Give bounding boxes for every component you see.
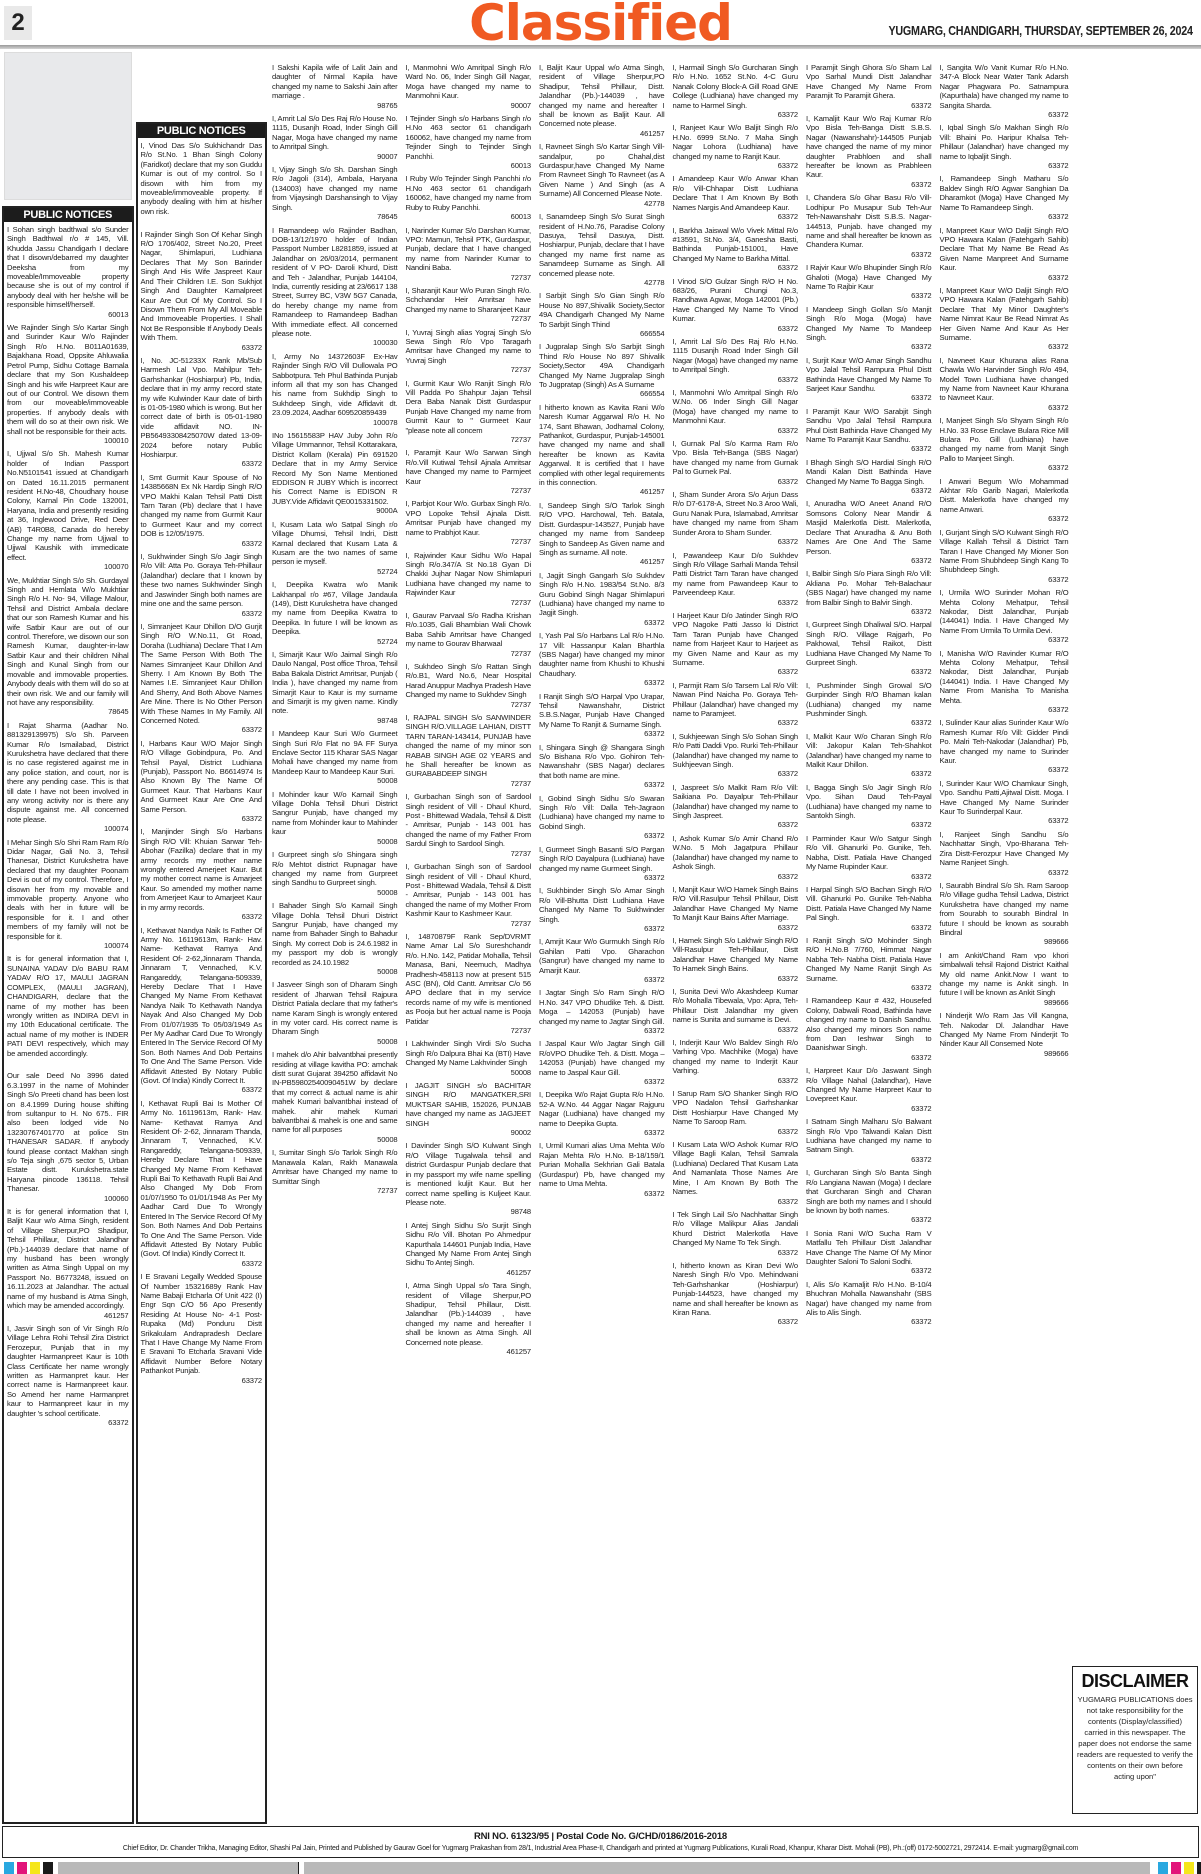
disclaimer-body: does not take responsibility for the con… [1077,1695,1193,1781]
notice-text: I, Harmail Singh S/o Gurcharan Singh R/o… [673,63,799,110]
notice-text: I, Gurmeet Singh Basanti S/O Pargan Sing… [539,845,665,873]
notice-code: 63372 [940,868,1069,877]
notice-item: I, Gurmit Kaur W/o Ranjit Singh R/o Vill… [403,379,535,445]
notice-text: I, Sulinder Kaur alias Surinder Kaur W/o… [940,718,1069,765]
registration-swatch [17,1862,27,1874]
notice-item: I, Army No 14372603F Ex-Hav Rajinder Sin… [269,352,401,427]
notice-text: I, Sukhbinder Singh S/o Amar Singh R/o V… [539,886,665,924]
column-5: I, Baljit Kaur Uppal w/o Atma Singh, res… [536,52,668,1824]
notice-text: I, Ashok Kumar S/o Amir Chand R/o W.No. … [673,834,799,872]
notice-code: 63372 [673,1025,799,1034]
notice-item: I Bhagh Singh S/O Hardial Singh R/O Mand… [803,458,935,496]
notice-code: 100078 [272,418,398,427]
notice-item: I, Paramjit Kaur W/o Sarwan Singh R/o.Vi… [403,448,535,495]
notice-item: It is for general information that I, SU… [4,954,132,1067]
disclaimer-publisher: YUGMARG PUBLICATIONS [1077,1695,1173,1704]
notice-text: I Parminder Kaur W/o Satgur Singh R/o Vi… [806,834,932,872]
notice-item: I, Deepika Kwatra w/o Manik Lakhanpal r/… [269,580,401,646]
notice-item: I, Manmohni W/o Amritpal Singh R/o Ward … [403,63,535,110]
notice-code: 461257 [406,1268,532,1277]
notice-text: I Jaspal Kaur W/o Jagtar Singh Gill R/oV… [539,1039,665,1077]
notice-text: I, Ravneet Singh S/o Kartar Singh Vill-s… [539,142,665,198]
notice-text: I Ninderjit W/o Ram Jas Vill Kangna, Teh… [940,1011,1069,1049]
notice-text: I Satnam Singh Malharu S/o Balwant Singh… [806,1117,932,1155]
registration-swatch [43,1862,53,1874]
registration-swatch [30,1862,40,1874]
notice-text: I, Ranjeet Singh Sandhu S/o Nachhattar S… [940,830,1069,868]
notice-item: I Paramjit Kaur W/O Sarabjit Singh Sandh… [803,407,935,454]
notice-code: 63372 [940,635,1069,644]
notice-item: I, Bagga Singh S/o Jagir Singh R/o Vpo. … [803,783,935,830]
notice-text: I, Manjeet Singh S/o Shyam Singh R/o H.N… [940,416,1069,463]
registration-swatch [1197,1862,1201,1874]
notice-item: I, Sukhwinder Singh S/o Jagir Singh R/o … [138,552,266,618]
notice-item: I, Saurabh Bindral S/o Sh. Ram Saroop R/… [937,881,1072,947]
notice-item: I am Ankit/Chand Ram vpo khori simbalwal… [937,951,1072,1007]
column-8: I, Sangita W/o Vanit Kumar R/o H.No. 347… [937,52,1072,1664]
notice-item: I, Pushminder Singh Growal S/O Gurpinder… [803,681,935,728]
notice-text: I Gurpreet singh s/o Shingara singh R/o … [272,850,398,888]
notice-text: I Paramjit Singh Ghora S/o Sham Lal Vpo … [806,63,932,101]
notice-item: I Sonia Rani W/O Sucha Ram V Matfallu Te… [803,1229,935,1276]
notice-code: 63372 [673,820,799,829]
notice-code: 63372 [673,477,799,486]
notice-text: I, Amrjit Kaur W/o Gurmukh Singh R/o Gah… [539,937,665,975]
notice-code: 63372 [141,1085,263,1094]
notice-text: I, Urmil Kumari alias Uma Mehta W/o Raja… [539,1141,665,1188]
notice-code: 63372 [141,539,263,548]
notice-text: I Davinder Singh S/O Kulwant Singh R/O V… [406,1141,532,1207]
notice-text: I JAGJIT SINGH s/o BACHITAR SINGH R/O MA… [406,1081,532,1128]
notice-item: I, Gurnak Pal S/o Karma Ram R/o Vpo. Bis… [670,439,802,486]
notice-code: 63372 [806,486,932,495]
notice-item: I Mohinder kaur W/o Karnail Singh Villag… [269,790,401,846]
notice-code: 989666 [940,998,1069,1007]
notice-item: I Mehar Singh S/o Shri Ram Ram R/o Didar… [4,838,132,951]
notice-item: I, Smt Gurmit Kaur Spouse of No 14385668… [138,473,266,548]
notice-item: I, Manjeet Singh S/o Shyam Singh R/o H.N… [937,416,1072,472]
notice-item: I, Gurcharan Singh S/o Banta Singh R/o L… [803,1168,935,1224]
notice-code: 72737 [406,598,532,607]
notice-text: I, Army No 14372603F Ex-Hav Rajinder Sin… [272,352,398,418]
classified-columns: PUBLIC NOTICESI Sohan singh badthwal s/o… [0,52,1201,1824]
notice-code: 63372 [940,816,1069,825]
notice-code: 72737 [406,1026,532,1035]
notice-text: I, Sharanjit Kaur W/o Puran Singh R/o. S… [406,286,532,314]
notice-item: I Sohan singh badthwal s/o Sunder Singh … [4,225,132,319]
notice-text: I, Kethavat Nandya Naik Is Father Of Arm… [141,926,263,1086]
notice-item: I, Kamaljit Kaur W/o Raj Kumar R/o Vpo B… [803,114,935,189]
notice-text: I, Yuvraj Singh alias Yograj Singh S/o S… [406,328,532,366]
notice-text: I, Kethavat Rupli Bai Is Mother Of Army … [141,1099,263,1259]
notice-text: I, Manisha W/O Ravinder Kumar R/O Mehta … [940,649,1069,705]
notice-text: I, Smt Gurmit Kaur Spouse of No 14385668… [141,473,263,539]
notice-code: 63372 [806,923,932,932]
notice-text: I, Bagga Singh S/o Jagir Singh R/o Vpo. … [806,783,932,821]
registration-swatch [1171,1862,1181,1874]
notice-item: I, Sukhdeo Singh S/o Rattan Singh R/o.B1… [403,662,535,709]
notice-item: I, RAJPAL SINGH S/o SANWINDER SINGH R/O.… [403,713,535,788]
notice-text: I, Urmila W/O Surinder Mohan R/O Mehta C… [940,588,1069,635]
notice-code: 63372 [806,1053,932,1062]
notice-item: I Amandeep Kaur W/o Anwar Khan R/o Vill-… [670,174,802,221]
notice-item: I, Anuradha W/O Aneet Anand R/O Somsons … [803,499,935,565]
notice-item: I Mandeep Singh Gollan S/o Manjit Singh … [803,305,935,352]
notice-text: I, Sukhwinder Singh S/o Jagir Singh R/o … [141,552,263,608]
notice-item: I mahek d/o Ahir balvantbhai presently r… [269,1050,401,1144]
notice-item: I Sakshi Kapila wife of Lalit Jain and d… [269,63,401,110]
notice-text: I, Narinder Kumar S/o Darshan Kumar, VPO… [406,226,532,273]
notice-code: 63372 [539,729,665,738]
notice-text: I Paramjit Kaur W/O Sarabjit Singh Sandh… [806,407,932,445]
notice-item: I, Narinder Kumar S/o Darshan Kumar, VPO… [403,226,535,282]
notice-code: 78645 [272,212,398,221]
notice-text: I, Gurmit Kaur W/o Ranjit Singh R/o Vill… [406,379,532,435]
notice-code: 72737 [406,779,532,788]
notice-text: I, Manjinder Singh S/o Harbans Singh R/O… [141,827,263,912]
notice-code: 63372 [806,180,932,189]
notice-text: I, Gurbachan Singh son of Sardool Singh … [406,862,532,918]
notice-text: I, Saurabh Bindral S/o Sh. Ram Saroop R/… [940,881,1069,937]
notice-code: 72737 [406,919,532,928]
notice-item: We Rajinder Singh S/o Kartar Singh and S… [4,323,132,445]
notice-text: I, Parmjit Ram S/o Tarsem Lal R/o Vill: … [673,681,799,719]
notice-text: It is for general information that I, SU… [7,954,129,1057]
notice-code: 9000A [272,506,398,515]
dateline: YUGMARG, CHANDIGARH, THURSDAY, SEPTEMBER… [889,24,1193,38]
notice-item: I, Parmjit Ram S/o Tarsem Lal R/o Vill: … [670,681,802,728]
notice-text: I, No. JC-51233X Rank Mb/Sub Harmesh Lal… [141,356,263,459]
notice-item: I, Iqbal Singh S/o Makhan Singh R/o Vill… [937,123,1072,170]
notice-text: I, Manpreet Kaur W/O Daljit Singh R/O VP… [940,286,1069,342]
notice-text: I, Gurnak Pal S/o Karma Ram R/o Vpo. Bis… [673,439,799,477]
notice-item: I Antej Singh Sidhu S/o Surjit Singh Sid… [403,1221,535,1277]
notice-code: 461257 [539,129,665,138]
notice-item: I, Sunita Devi W/o Akashdeep Kumar R/o M… [670,987,802,1034]
notice-item: I, Ranjeet Singh Sandhu S/o Nachhattar S… [937,830,1072,877]
notice-code: 72737 [406,365,532,374]
notice-code: 63372 [539,1128,665,1137]
notice-item: I, Manjit Kaur W/O Hamek Singh Bains R/O… [670,885,802,932]
notice-text: Our sale Deed No 3996 dated 6.3.1997 in … [7,1071,129,1193]
notice-code: 60013 [7,310,129,319]
notice-text: I Harpal Singh S/O Bachan Singh R/O Vill… [806,885,932,923]
notice-text: I, Jaspreet S/o Malkit Ram R/o Vill: Sai… [673,783,799,821]
notice-text: I, Baljit Kaur Uppal w/o Atma Singh, res… [539,63,665,129]
notice-code: 63372 [806,1266,932,1275]
notice-code: 63372 [141,912,263,921]
notice-code: 461257 [406,1347,532,1356]
notice-code: 63372 [141,725,263,734]
notice-item: I, Balbir Singh S/o Piara Singh R/o Vill… [803,569,935,616]
notice-code: 63372 [806,1215,932,1224]
notice-item: I, Sumitar Singh S/o Tarlok Singh R/o Ma… [269,1148,401,1195]
notice-item: I Ramandeep Kaur # 432, Housefed Colony,… [803,996,935,1062]
notice-item: I, No. JC-51233X Rank Mb/Sub Harmesh Lal… [138,356,266,469]
notice-item: I, Harpreet Kaur D/o Jaswant Singh R/o V… [803,1066,935,1113]
notice-code: 63372 [940,463,1069,472]
notice-text: I Bhagh Singh S/O Hardial Singh R/O Mand… [806,458,932,486]
notice-code: 63372 [673,667,799,676]
notice-text: I, Inderjit Kaur W/o Baldev Singh R/o Va… [673,1038,799,1076]
notice-code: 63372 [940,765,1069,774]
notice-text: I, Sandeep Singh S/O Tarlok Singh R/O VP… [539,501,665,557]
notice-code: 63372 [806,393,932,402]
notice-item: I, Manpreet Kaur W/O Daljit Singh R/O VP… [937,226,1072,282]
notice-text: I Sohan singh badthwal s/o Sunder Singh … [7,225,129,310]
notice-code: 50008 [406,1068,532,1077]
notice-text: I Mandeep Kaur Suri W/o Gurmeet Singh Su… [272,729,398,776]
notice-item: I, Deepika W/o Rajat Gupta R/o H.No. 52-… [536,1090,668,1137]
notice-code: 42778 [539,199,665,208]
notice-code: 63372 [806,342,932,351]
notice-item: I, Jagjit Singh Gangarh S/o Sukhdev Sing… [536,571,668,627]
notice-code: 63372 [940,273,1069,282]
notice-item: I, Ramandeep Singh Matharu S/o Baldev Si… [937,174,1072,221]
notice-text: I, Malkit Kaur W/o Charan Singh R/o Vill… [806,732,932,770]
notice-code: 63372 [539,780,665,789]
notice-item: I Paramjit Singh Ghora S/o Sham Lal Vpo … [803,63,935,110]
notice-code: 63372 [539,678,665,687]
notice-code: 63372 [806,101,932,110]
notice-code: 63372 [940,161,1069,170]
notice-item: I, Ashok Kumar S/o Amir Chand R/o W.No. … [670,834,802,881]
notice-code: 78645 [7,707,129,716]
notice-text: I Rajinder Singh Son Of Kehar Singh R/O … [141,230,263,343]
notice-code: 42778 [539,278,665,287]
notice-code [7,1058,129,1067]
notice-item: I Rajat Sharma (Aadhar No. 881329139975)… [4,721,132,834]
notice-code: 98765 [272,101,398,110]
notice-code: 63372 [673,974,799,983]
notice-item: I, Malkit Kaur W/o Charan Singh R/o Vill… [803,732,935,779]
notice-text: I Harjeet Kaur D/o Jatinder Singh R/O VP… [673,611,799,667]
notice-code: 63372 [141,814,263,823]
notice-item: I, Ravneet Singh S/o Kartar Singh Vill-s… [536,142,668,208]
notice-item: I, Surinder Kaur W/O Chamkaur Singh, Vpo… [937,779,1072,826]
notice-code [141,216,263,225]
notice-text: I Anwari Begum W/o Mohammad Akhtar R/o G… [940,477,1069,515]
notice-item: I, Urmil Kumari alias Uma Mehta W/o Raja… [536,1141,668,1197]
notice-item: I Jaspal Kaur W/o Jagtar Singh Gill R/oV… [536,1039,668,1086]
notice-text: I Jasveer Singh son of Dharam Singh resi… [272,980,398,1036]
notice-text: I, Manjit Kaur W/O Hamek Singh Bains R/O… [673,885,799,923]
notice-item: I Harjeet Kaur D/o Jatinder Singh R/O VP… [670,611,802,677]
notice-item: I Rajvir Kaur W/o Bhupinder Singh R/o Gh… [803,263,935,301]
notice-text: I, Deepika W/o Rajat Gupta R/o H.No. 52-… [539,1090,665,1128]
notice-item: I, Manisha W/O Ravinder Kumar R/O Mehta … [937,649,1072,715]
notice-text: I, Sangita W/o Vanit Kumar R/o H.No. 347… [940,63,1069,110]
notice-item: I, Inderjit Kaur W/o Baldev Singh R/o Va… [670,1038,802,1085]
notice-item: I Jagtar Singh S/o Ram Singh R/O H.No. 3… [536,988,668,1035]
notice-code: 72737 [406,700,532,709]
notice-code: 63372 [940,342,1069,351]
notice-item: I, hitherto known as Kiran Devi W/o Nare… [670,1261,802,1327]
notice-code: 72737 [406,537,532,546]
notice-item: Our sale Deed No 3996 dated 6.3.1997 in … [4,1071,132,1203]
notice-code: 63372 [673,1127,799,1136]
notice-code: 50008 [272,837,398,846]
notice-text: I, Vijay Singh S/o Sh. Darshan Singh R/o… [272,165,398,212]
notice-text: I, Kamaljit Kaur W/o Raj Kumar R/o Vpo B… [806,114,932,180]
notice-code: 63372 [806,983,932,992]
notice-text: I, Sunita Devi W/o Akashdeep Kumar R/o M… [673,987,799,1025]
notice-text: I, Iqbal Singh S/o Makhan Singh R/o Vill… [940,123,1069,161]
registration-grey-bar [304,1862,1150,1874]
notice-text: I, Shingara Singh @ Shangara Singh S/o B… [539,743,665,781]
notice-text: I, Rajwinder Kaur Sidhu W/o Hapal Singh … [406,551,532,598]
notice-item: I, Amrit Lal S/o Des Raj R/o House No. 1… [269,114,401,161]
notice-text: I Mandeep Singh Gollan S/o Manjit Singh … [806,305,932,343]
notice-code: 72737 [406,435,532,444]
notice-item: I, Ranjeet Kaur W/o Baljit Singh R/o H.N… [670,123,802,170]
notice-item: I, Gurbachan Singh son of Sardool Singh … [403,862,535,928]
registration-swatch [1184,1862,1194,1874]
notice-item: I Lakhwinder Singh Virdi S/o Sucha Singh… [403,1039,535,1077]
notice-item: I, Surjit Kaur W/O Amar Singh Sandhu Vpo… [803,356,935,403]
notice-code: 72737 [272,1186,398,1195]
notice-text: I, Jagjit Singh Gangarh S/o Sukhdev Sing… [539,571,665,618]
notice-code: 72737 [406,314,532,323]
notice-code: 100074 [7,941,129,950]
notice-text: I Amandeep Kaur W/o Anwar Khan R/o Vill-… [673,174,799,212]
notice-text: I Vinod S/O Gulzar Singh R/O H No. 683/2… [673,277,799,324]
notice-text: I, Paramjit Kaur W/o Sarwan Singh R/o.Vi… [406,448,532,486]
notice-code: 63372 [539,1189,665,1198]
notice-item: I, Baljit Kaur Uppal w/o Atma Singh, res… [536,63,668,138]
notice-text: I Bahader Singh S/o Karnail Singh Villag… [272,901,398,967]
notice-item: I, Simarjit Kaur W/o Jaimal Singh R/o Da… [269,650,401,725]
notice-text: I Sakshi Kapila wife of Lalit Jain and d… [272,63,398,101]
notice-item: I, Atma Singh Uppal s/o Tara Singh, resi… [403,1281,535,1356]
notice-text: I, Manpreet Kaur W/O Daljit Singh R/O VP… [940,226,1069,273]
notice-text: I, hitherto known as Kiran Devi W/o Nare… [673,1261,799,1317]
notice-item: I, Kethavat Rupli Bai Is Mother Of Army … [138,1099,266,1268]
notice-item: I, Manmohni W/o Amritpal Singh R/o W.No.… [670,388,802,435]
notice-code: 63372 [806,769,932,778]
registration-swatch [1158,1862,1168,1874]
notice-code: 666554 [539,329,665,338]
notice-text: I, Anuradha W/O Aneet Anand R/O Somsons … [806,499,932,555]
notice-code: 63372 [539,975,665,984]
notice-code: 90007 [406,101,532,110]
notice-code: 461257 [7,1311,129,1320]
notice-text: I Antej Singh Sidhu S/o Surjit Singh Sid… [406,1221,532,1268]
notice-text: I, Sanamdeep Singh S/o Surat Singh resid… [539,212,665,278]
notice-item: I, Sandeep Singh S/O Tarlok Singh R/O VP… [536,501,668,567]
notice-code: 52724 [272,637,398,646]
notice-code: 63372 [940,110,1069,119]
notice-code: 63372 [141,1259,263,1268]
notice-text: I, Kusam Lata w/o Satpal Singh r/o Villa… [272,520,398,567]
notice-code: 63372 [940,705,1069,714]
notice-code: 666554 [539,389,665,398]
notice-code: 63372 [940,403,1069,412]
public-notices-heading: PUBLIC NOTICES [138,124,266,138]
notice-text: I, Pushminder Singh Growal S/O Gurpinder… [806,681,932,719]
notice-item: I, Amrit Lal S/o Des Raj R/o H.No. 1115 … [670,337,802,384]
public-notices-box: PUBLIC NOTICESI Sohan singh badthwal s/o… [2,206,134,1824]
notice-text: I, Deepika Kwatra w/o Manik Lakhanpal r/… [272,580,398,636]
notice-code: 63372 [806,1155,932,1164]
notice-text: I, Sukhdeo Singh S/o Rattan Singh R/o.B1… [406,662,532,700]
notice-code: 63372 [7,1418,129,1427]
notice-code: 63372 [141,1376,263,1385]
notice-code: 63372 [673,1248,799,1257]
notice-code: 90007 [272,152,398,161]
notice-item: We, Mukhtiar Singh S/o Sh. Gurdayal Sing… [4,576,132,717]
notice-item: I Tek Singh Lail S/o Nachhattar Singh R/… [670,1210,802,1257]
notice-text: I Ranjit Singh S/O Harpal Vpo Urapar, Te… [539,692,665,730]
notice-text: I, Gurpreet Singh Dhaliwal S/O. Harpal S… [806,620,932,667]
notice-text: I Sarup Ram S/O Shanker Singh R/O VPO Na… [673,1089,799,1127]
notice-item: I Anwari Begum W/o Mohammad Akhtar R/o G… [937,477,1072,524]
notice-item: I, Gobind Singh Sidhu S/o Swaran Singh R… [536,794,668,841]
notice-code: 100010 [7,436,129,445]
notice-item: I, Yuvraj Singh alias Yograj Singh S/o S… [403,328,535,375]
notice-text: It is for general information that I, Ba… [7,1207,129,1310]
notice-text: I, 14870879F Rank Sep/DVRMT Name Amar La… [406,932,532,1026]
notice-text: I Rajat Sharma (Aadhar No. 881329139975)… [7,721,129,824]
notice-code: 50008 [272,967,398,976]
notice-item: I, Pawandeep Kaur D/o Sukhdev Singh R/o … [670,551,802,607]
registration-grey-bar [58,1862,298,1874]
notice-item: I, Chandera S/o Ghar Basu R/o Vill-Lodhi… [803,193,935,259]
notice-code: 100070 [7,562,129,571]
notice-text: I, Harbans Kaur W/O Major Singh R/O Vill… [141,739,263,814]
notice-code: 63372 [940,575,1069,584]
notice-code: 63372 [673,324,799,333]
notice-text: I, Gobind Singh Sidhu S/o Swaran Singh R… [539,794,665,832]
notice-code: 90002 [406,1128,532,1137]
notice-code: 63372 [673,1317,799,1326]
notice-text: I, Navneet Kaur Khurana alias Rana Chawl… [940,356,1069,403]
notice-text: I mahek d/o Ahir balvantbhai presently r… [272,1050,398,1135]
notice-item: I, Manpreet Kaur W/O Daljit Singh R/O VP… [937,286,1072,352]
notice-code: 98748 [406,1207,532,1216]
notice-text: I, Simarjit Kaur W/o Jaimal Singh R/o Da… [272,650,398,716]
notice-code: 63372 [940,514,1069,523]
notice-item: I, Hamek Singh S/o Lakhwir Singh R/O Vil… [670,936,802,983]
notice-code: 52724 [272,567,398,576]
notice-code: 60013 [406,212,532,221]
notice-code: 63372 [673,375,799,384]
notice-text: I am Ankit/Chand Ram vpo khori simbalwal… [940,951,1069,998]
notice-text: I, Atma Singh Uppal s/o Tara Singh, resi… [406,1281,532,1347]
notice-text: I, Gaurav Parvaal S/o Radha Krishan R/o.… [406,611,532,649]
notice-code: 63372 [673,212,799,221]
notice-text: I, Gurjant Singh S/O Kulwant Singh R/O V… [940,528,1069,575]
notice-text: I Ruby W/o Tejinder Singh Panchhi r/o H.… [406,174,532,212]
notice-text: I, Sham Sunder Arora S/o Arjun Dass R/o … [673,490,799,537]
notice-item: I, Vinod Das S/o Sukhichandr Das R/o St.… [138,141,266,226]
notice-item: I, Sulinder Kaur alias Surinder Kaur W/o… [937,718,1072,774]
notice-text: I Jagtar Singh S/o Ram Singh R/O H.No. 3… [539,988,665,1026]
notice-text: I Lakhwinder Singh Virdi S/o Sucha Singh… [406,1039,532,1067]
notice-item: I, Sharanjit Kaur W/o Puran Singh R/o. S… [403,286,535,324]
notice-item: I Harpal Singh S/O Bachan Singh R/O Vill… [803,885,935,932]
column-2: PUBLIC NOTICESI, Vinod Das S/o Sukhichan… [136,52,268,1824]
notice-code: 63372 [806,1104,932,1113]
notice-code: 63372 [539,924,665,933]
notice-text: We, Mukhtiar Singh S/o Sh. Gurdayal Sing… [7,576,129,708]
blank-ad-space [4,52,132,200]
notice-code: 100074 [7,824,129,833]
notice-item: I, Harmail Singh S/o Gurcharan Singh R/o… [670,63,802,119]
notice-item: I, Kethavat Nandya Naik Is Father Of Arm… [138,926,266,1095]
notice-item: I, Yash Pal S/o Harbans Lal R/o H.No. 17… [536,631,668,687]
notice-item: I Tejinder Singh s/o Harbans Singh r/o H… [403,114,535,170]
